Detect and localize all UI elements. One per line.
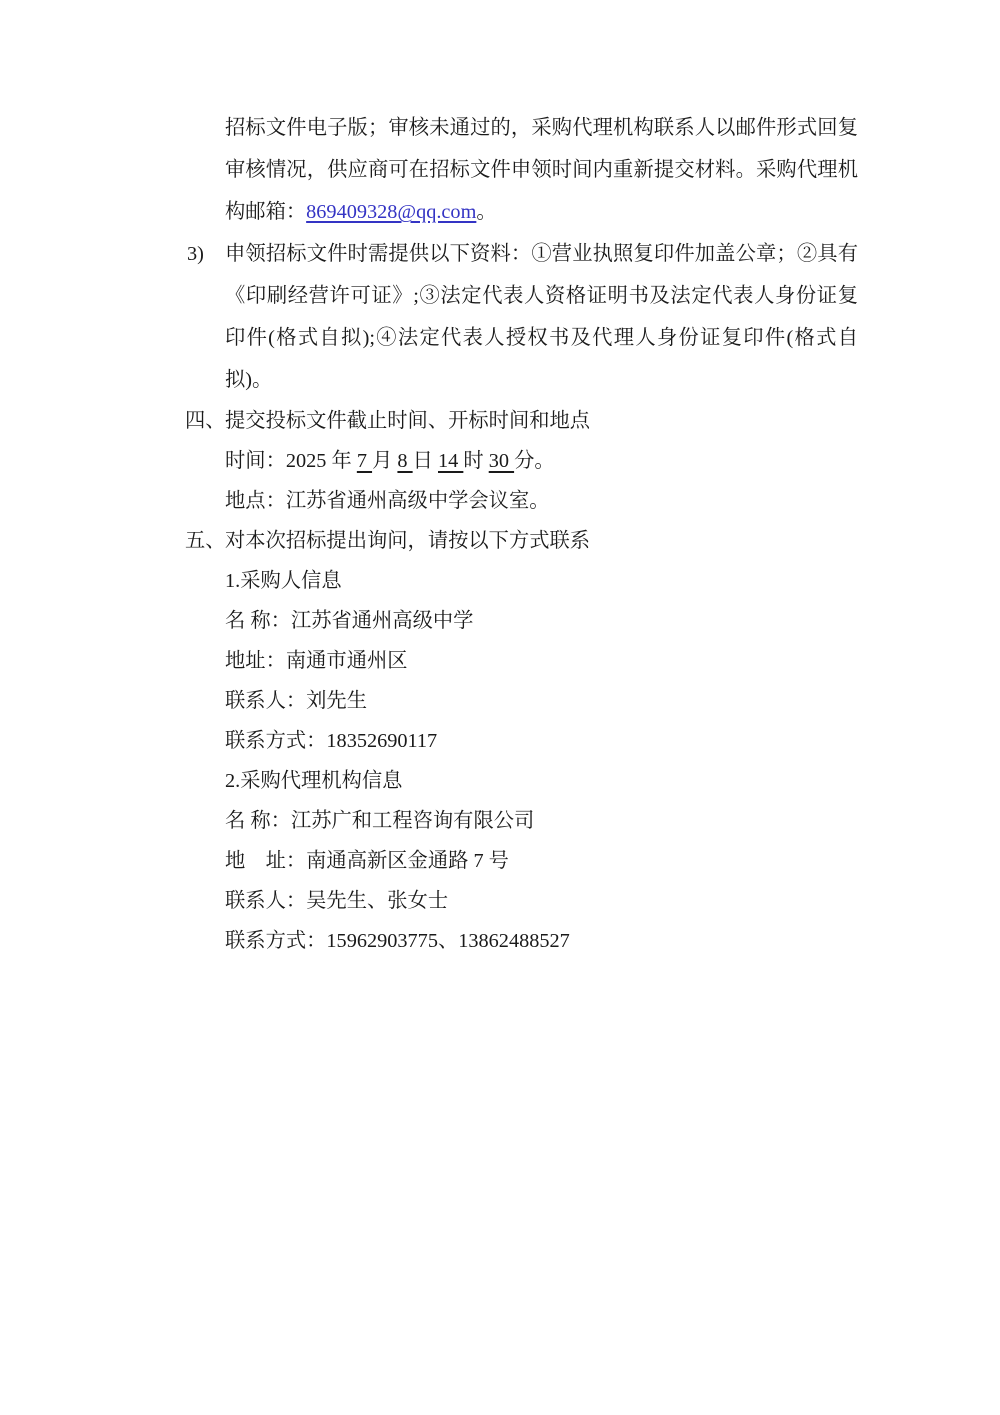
tender-file-review-paragraph: 招标文件电子版；审核未通过的，采购代理机构联系人以邮件形式回复审核情况，供应商可… bbox=[225, 107, 858, 233]
agency-phone-line: 联系方式：15962903775、13862488527 bbox=[225, 921, 858, 961]
section-4-heading: 四、提交投标文件截止时间、开标时间和地点 bbox=[225, 401, 858, 441]
list-item-3-text: 申领招标文件时需提供以下资料：①营业执照复印件加盖公章；②具有《印刷经营许可证》… bbox=[225, 243, 858, 391]
section-5-marker: 五、 bbox=[185, 521, 226, 561]
bid-deadline-line: 时间：2025 年 7 月 8 日 14 时 30 分。 bbox=[225, 441, 858, 481]
review-paragraph-period: 。 bbox=[476, 201, 496, 223]
purchaser-phone-line: 联系方式：18352690117 bbox=[225, 721, 858, 761]
section-4-marker: 四、 bbox=[185, 401, 226, 441]
agency-info-heading: 2.采购代理机构信息 bbox=[225, 761, 858, 801]
purchaser-name-line: 名 称：江苏省通州高级中学 bbox=[225, 601, 858, 641]
deadline-month-unit: 月 bbox=[372, 450, 397, 472]
deadline-day-value: 8 bbox=[397, 450, 412, 472]
deadline-day-unit: 日 bbox=[413, 450, 438, 472]
deadline-hour-unit: 时 bbox=[463, 450, 488, 472]
purchaser-address-line: 地址：南通市通州区 bbox=[225, 641, 858, 681]
agency-email-link[interactable]: 869409328@qq.com bbox=[306, 201, 476, 223]
list-item-3-marker: 3) bbox=[187, 233, 204, 275]
deadline-minute-value: 30 bbox=[489, 450, 514, 472]
deadline-month-value: 7 bbox=[357, 450, 372, 472]
document-page: 招标文件电子版；审核未通过的，采购代理机构联系人以邮件形式回复审核情况，供应商可… bbox=[0, 0, 1000, 1415]
deadline-hour-value: 14 bbox=[438, 450, 463, 472]
deadline-minute-unit: 分。 bbox=[514, 450, 555, 472]
agency-contact-line: 联系人：吴先生、张女士 bbox=[225, 881, 858, 921]
agency-address-line: 地 址：南通高新区金通路 7 号 bbox=[225, 841, 858, 881]
list-item-3: 3)申领招标文件时需提供以下资料：①营业执照复印件加盖公章；②具有《印刷经营许可… bbox=[225, 233, 858, 401]
section-5-title: 对本次招标提出询问，请按以下方式联系 bbox=[225, 530, 590, 552]
purchaser-contact-line: 联系人：刘先生 bbox=[225, 681, 858, 721]
section-5-heading: 五、对本次招标提出询问，请按以下方式联系 bbox=[225, 521, 858, 561]
agency-name-line: 名 称：江苏广和工程咨询有限公司 bbox=[225, 801, 858, 841]
deadline-label: 时间：2025 年 bbox=[225, 450, 357, 472]
purchaser-info-heading: 1.采购人信息 bbox=[225, 561, 858, 601]
bid-location-line: 地点：江苏省通州高级中学会议室。 bbox=[225, 481, 858, 521]
section-4-title: 提交投标文件截止时间、开标时间和地点 bbox=[225, 410, 590, 432]
